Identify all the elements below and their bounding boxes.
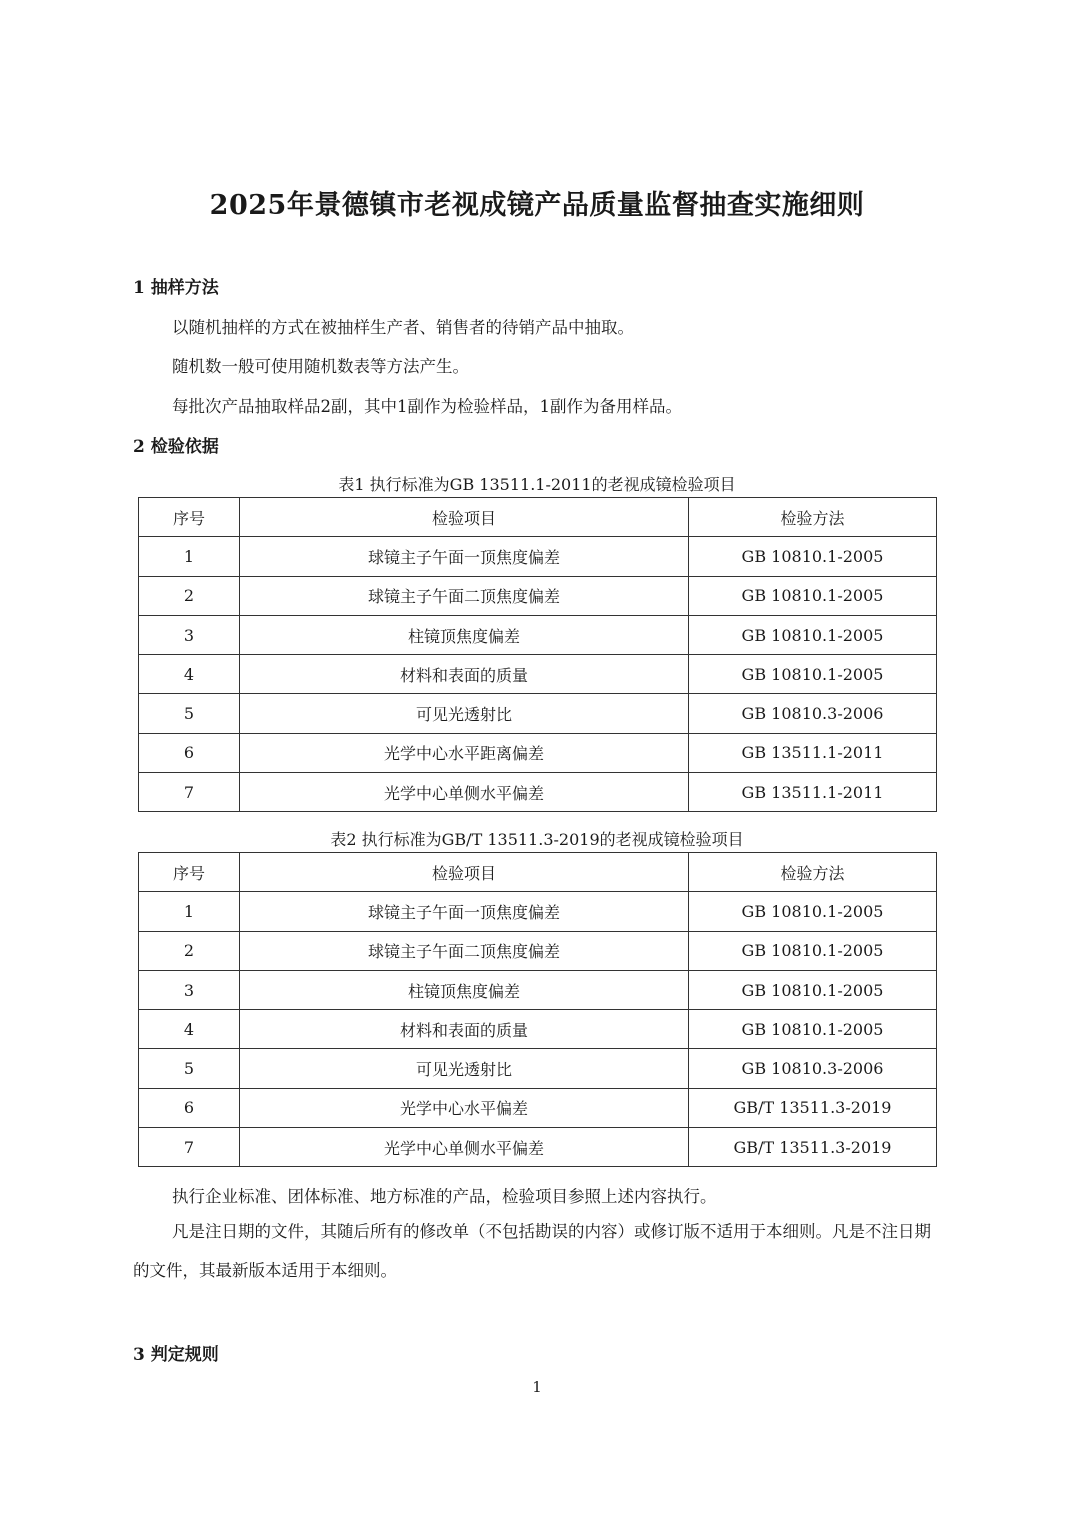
cell-method: GB 10810.1-2005 bbox=[689, 537, 937, 576]
cell-item: 球镜主子午面二顶焦度偏差 bbox=[240, 931, 689, 970]
cell-item: 光学中心单侧水平偏差 bbox=[240, 773, 689, 812]
cell-method: GB 10810.3-2006 bbox=[689, 694, 937, 733]
table-row: 2球镜主子午面二顶焦度偏差GB 10810.1-2005 bbox=[139, 576, 937, 615]
table-row: 2球镜主子午面二顶焦度偏差GB 10810.1-2005 bbox=[139, 931, 937, 970]
cell-index: 3 bbox=[139, 970, 240, 1009]
section-1-paragraph: 以随机抽样的方式在被抽样生产者、销售者的待销产品中抽取。 bbox=[172, 314, 634, 338]
cell-method: GB 10810.1-2005 bbox=[689, 615, 937, 654]
cell-item: 光学中心水平偏差 bbox=[240, 1088, 689, 1127]
table-row: 4材料和表面的质量GB 10810.1-2005 bbox=[139, 655, 937, 694]
table-row: 1球镜主子午面一顶焦度偏差GB 10810.1-2005 bbox=[139, 892, 937, 931]
cell-item: 球镜主子午面二顶焦度偏差 bbox=[240, 576, 689, 615]
table-header-row: 序号 检验项目 检验方法 bbox=[139, 498, 937, 537]
cell-method: GB 10810.3-2006 bbox=[689, 1049, 937, 1088]
header-cell: 检验方法 bbox=[689, 853, 937, 892]
cell-item: 可见光透射比 bbox=[240, 1049, 689, 1088]
table-2-caption: 表2 执行标准为GB/T 13511.3-2019的老视成镜检验项目 bbox=[0, 827, 1074, 850]
table-1: 序号 检验项目 检验方法 1球镜主子午面一顶焦度偏差GB 10810.1-200… bbox=[138, 497, 937, 812]
page-number: 1 bbox=[0, 1378, 1074, 1396]
cell-item: 光学中心单侧水平偏差 bbox=[240, 1128, 689, 1167]
section-1-heading: 1 抽样方法 bbox=[133, 273, 219, 298]
cell-method: GB 10810.1-2005 bbox=[689, 970, 937, 1009]
table-row: 7光学中心单侧水平偏差GB/T 13511.3-2019 bbox=[139, 1128, 937, 1167]
cell-item: 光学中心水平距离偏差 bbox=[240, 733, 689, 772]
cell-method: GB 13511.1-2011 bbox=[689, 733, 937, 772]
table-row: 4材料和表面的质量GB 10810.1-2005 bbox=[139, 1010, 937, 1049]
table-2: 序号 检验项目 检验方法 1球镜主子午面一顶焦度偏差GB 10810.1-200… bbox=[138, 852, 937, 1167]
table-row: 6光学中心水平偏差GB/T 13511.3-2019 bbox=[139, 1088, 937, 1127]
section-1-paragraph: 每批次产品抽取样品2副，其中1副作为检验样品，1副作为备用样品。 bbox=[172, 393, 682, 417]
cell-method: GB 10810.1-2005 bbox=[689, 576, 937, 615]
header-cell: 序号 bbox=[139, 853, 240, 892]
cell-index: 5 bbox=[139, 694, 240, 733]
table-row: 5可见光透射比GB 10810.3-2006 bbox=[139, 1049, 937, 1088]
cell-index: 4 bbox=[139, 655, 240, 694]
cell-index: 7 bbox=[139, 773, 240, 812]
cell-item: 柱镜顶焦度偏差 bbox=[240, 615, 689, 654]
cell-index: 2 bbox=[139, 576, 240, 615]
cell-index: 3 bbox=[139, 615, 240, 654]
section-2-note: 凡是注日期的文件，其随后所有的修改单（不包括勘误的内容）或修订版不适用于本细则。… bbox=[133, 1212, 943, 1290]
header-cell: 检验项目 bbox=[240, 853, 689, 892]
section-3-heading: 3 判定规则 bbox=[133, 1340, 219, 1365]
header-cell: 检验方法 bbox=[689, 498, 937, 537]
cell-index: 2 bbox=[139, 931, 240, 970]
cell-index: 1 bbox=[139, 537, 240, 576]
cell-method: GB 13511.1-2011 bbox=[689, 773, 937, 812]
header-cell: 序号 bbox=[139, 498, 240, 537]
table-1-caption: 表1 执行标准为GB 13511.1-2011的老视成镜检验项目 bbox=[0, 472, 1074, 495]
table-row: 3柱镜顶焦度偏差GB 10810.1-2005 bbox=[139, 615, 937, 654]
table-header-row: 序号 检验项目 检验方法 bbox=[139, 853, 937, 892]
cell-index: 4 bbox=[139, 1010, 240, 1049]
cell-item: 材料和表面的质量 bbox=[240, 655, 689, 694]
cell-method: GB/T 13511.3-2019 bbox=[689, 1088, 937, 1127]
cell-method: GB/T 13511.3-2019 bbox=[689, 1128, 937, 1167]
table-row: 6光学中心水平距离偏差GB 13511.1-2011 bbox=[139, 733, 937, 772]
table-row: 1球镜主子午面一顶焦度偏差GB 10810.1-2005 bbox=[139, 537, 937, 576]
cell-index: 6 bbox=[139, 733, 240, 772]
cell-item: 柱镜顶焦度偏差 bbox=[240, 970, 689, 1009]
cell-item: 可见光透射比 bbox=[240, 694, 689, 733]
section-1-paragraph: 随机数一般可使用随机数表等方法产生。 bbox=[172, 353, 469, 377]
table-row: 5可见光透射比GB 10810.3-2006 bbox=[139, 694, 937, 733]
cell-item: 材料和表面的质量 bbox=[240, 1010, 689, 1049]
cell-method: GB 10810.1-2005 bbox=[689, 655, 937, 694]
cell-method: GB 10810.1-2005 bbox=[689, 1010, 937, 1049]
cell-index: 6 bbox=[139, 1088, 240, 1127]
cell-method: GB 10810.1-2005 bbox=[689, 892, 937, 931]
section-2-note: 执行企业标准、团体标准、地方标准的产品，检验项目参照上述内容执行。 bbox=[172, 1183, 717, 1207]
cell-item: 球镜主子午面一顶焦度偏差 bbox=[240, 892, 689, 931]
cell-method: GB 10810.1-2005 bbox=[689, 931, 937, 970]
header-cell: 检验项目 bbox=[240, 498, 689, 537]
table-row: 3柱镜顶焦度偏差GB 10810.1-2005 bbox=[139, 970, 937, 1009]
cell-index: 5 bbox=[139, 1049, 240, 1088]
cell-item: 球镜主子午面一顶焦度偏差 bbox=[240, 537, 689, 576]
section-2-heading: 2 检验依据 bbox=[133, 432, 219, 457]
table-row: 7光学中心单侧水平偏差GB 13511.1-2011 bbox=[139, 773, 937, 812]
document-title: 2025年景德镇市老视成镜产品质量监督抽查实施细则 bbox=[0, 183, 1074, 222]
cell-index: 7 bbox=[139, 1128, 240, 1167]
cell-index: 1 bbox=[139, 892, 240, 931]
